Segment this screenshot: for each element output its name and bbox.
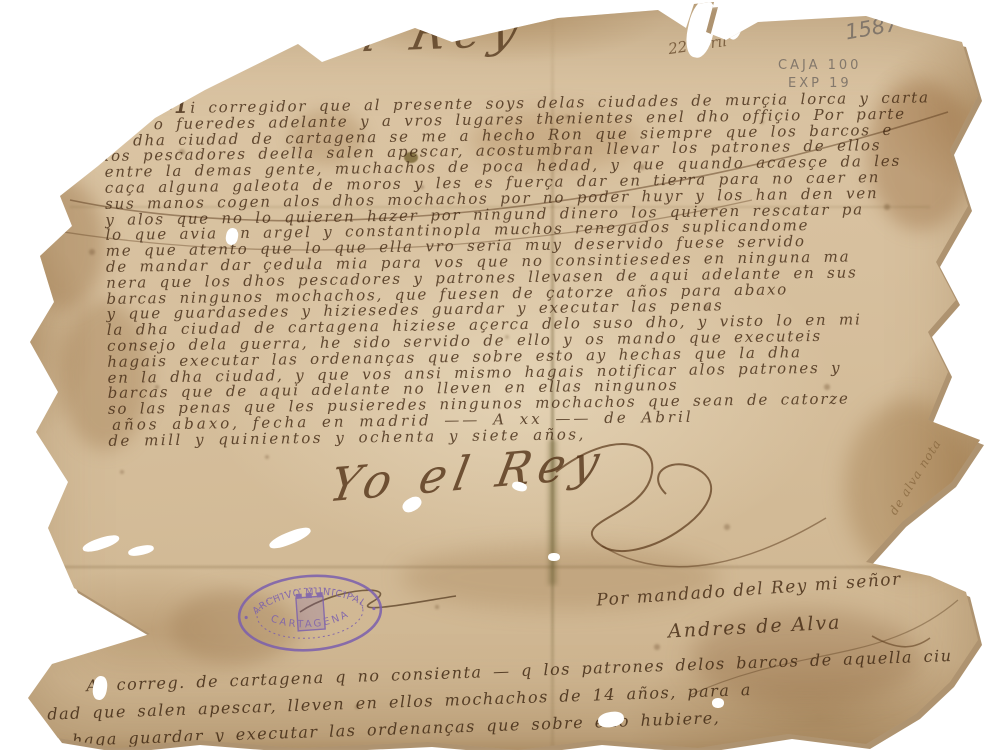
manuscript-body: Mi corregidor que al presente soys delas…	[104, 84, 954, 449]
fold-crease-horizontal	[60, 566, 940, 568]
parchment-sheet: El Rey 22 abril 1587 CAJA 100 EXP 19 Mi …	[0, 0, 1000, 750]
scanned-manuscript-page: El Rey 22 abril 1587 CAJA 100 EXP 19 Mi …	[0, 0, 1000, 750]
paper-tear	[548, 553, 560, 561]
archive-stamp-icon: ARCHIVO MUNICIPAL CARTAGENA	[230, 567, 390, 660]
docket-marginal-mark: offo	[7, 658, 34, 678]
foxing-speckles	[0, 0, 4, 4]
paper-tear	[712, 698, 724, 708]
ink-stain	[20, 180, 105, 310]
archive-box-label: CAJA 100	[778, 58, 861, 73]
royal-heading: El Rey	[316, 2, 532, 64]
